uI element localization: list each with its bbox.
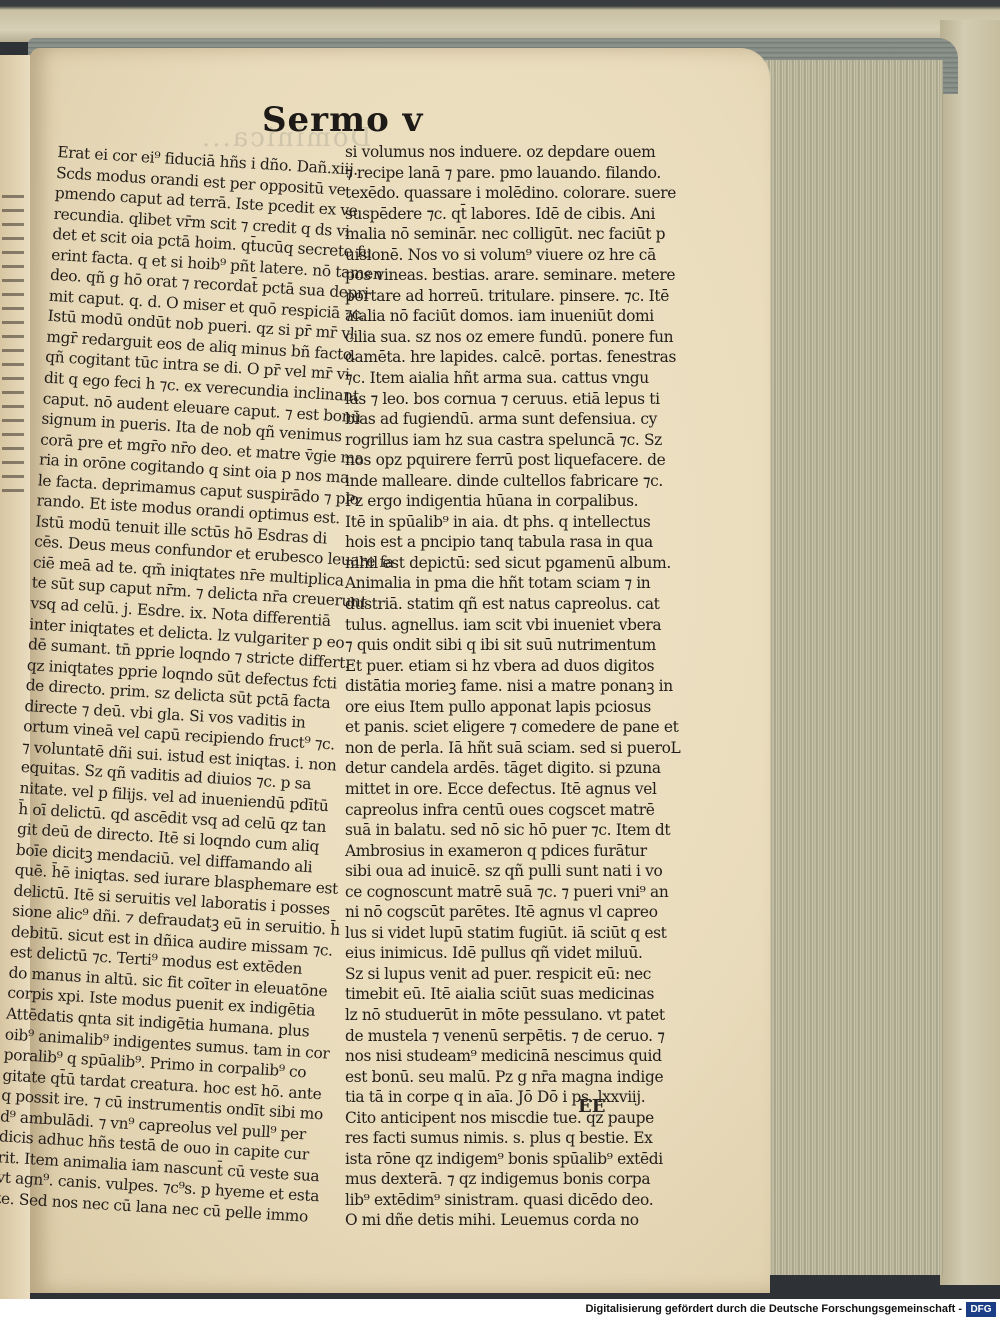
text-line: detur candela ardēs. tāget digito. si pz… (345, 758, 680, 779)
text-line: Et puer. etiam si hz vbera ad duos digit… (345, 656, 680, 677)
page-block-fore-edge (765, 60, 943, 1275)
text-line: texēdo. quassare i molēdino. colorare. s… (345, 183, 680, 204)
book-cover-top (0, 0, 1000, 42)
text-line: ni nō cogscūt parētes. Itē agnus vl capr… (345, 902, 680, 923)
text-line: eius inimicus. Idē pullus qñ videt miluū… (345, 943, 680, 964)
text-line: ore eius Item pullo apponat lapis pciosu… (345, 697, 680, 718)
text-line: dustriā. statim qñ est natus capreolus. … (345, 594, 680, 615)
text-line: non de perla. Iā hñt suā sciam. sed si p… (345, 738, 680, 759)
text-line: portare ad horreū. tritulare. pinsere. ⁊… (345, 286, 680, 307)
text-line: uisionē. Nos vo si volum⁹ viuere oz hre … (345, 245, 680, 266)
book-cover-right (940, 20, 1000, 1285)
text-line: lus si videt lupū statim fugiūt. iā sciū… (345, 923, 680, 944)
text-line: tulus. agnellus. iam scit vbi inueniet v… (345, 615, 680, 636)
text-line: pos vineas. bestias. arare. seminare. me… (345, 265, 680, 286)
text-line: cilia sua. sz nos oz emere fundū. ponere… (345, 327, 680, 348)
signature-mark: EE (578, 1096, 605, 1117)
text-line: suā in balatu. sed nō sic hō puer ⁊c. It… (345, 820, 680, 841)
text-line: lz nō studuerūt in mōte pessulano. vt pa… (345, 1005, 680, 1026)
text-line: Pz ergo indigentia hūana in corpalibus. (345, 491, 680, 512)
text-line: res facti sumus nimis. s. plus q bestie.… (345, 1128, 680, 1149)
running-head: Sermo v (262, 100, 423, 140)
text-column-right: si volumus nos induere. oz depdare ouem⁊… (345, 142, 680, 1231)
text-line: de mustela ⁊ venenū serpētis. ⁊ de ceruo… (345, 1026, 680, 1047)
footer-bar: Digitalisierung gefördert durch die Deut… (0, 1299, 1000, 1321)
text-line: mus dexterā. ⁊ qz indigemus bonis corpa (345, 1169, 680, 1190)
funding-credit: Digitalisierung gefördert durch die Deut… (585, 1303, 962, 1315)
text-line: bias ad fugiendū. arma sunt defensiua. c… (345, 409, 680, 430)
text-line: nos opz pquirere ferrū post liquefacere.… (345, 450, 680, 471)
dfg-logo-icon: DFG (966, 1302, 996, 1317)
text-line: ⁊ quis ondit sibi q ibi sit suū nutrimen… (345, 635, 680, 656)
text-line: nihil est depictū: sed sicut pgamenū alb… (345, 553, 680, 574)
text-line: damēta. hre lapides. calcē. portas. fene… (345, 347, 680, 368)
text-line: inde malleare. dinde cultellos fabricare… (345, 471, 680, 492)
text-line: O mi dñe detis mihi. Leuemus corda no (345, 1210, 680, 1231)
text-line: est bonū. seu malū. Pz g nr̄a magna indi… (345, 1067, 680, 1088)
text-line: timebit eū. Itē aialia sciūt suas medici… (345, 984, 680, 1005)
text-line: ⁊c. Item aialia hñt arma sua. cattus vng… (345, 368, 680, 389)
text-line: ⁊ recipe lanā ⁊ pare. pmo lauando. filan… (345, 163, 680, 184)
text-line: hois est a pncipio tanq tabula rasa in q… (345, 532, 680, 553)
text-line: mittet in ore. Ecce defectus. Itē agnus … (345, 779, 680, 800)
text-line: Ambrosius in exameron q pdices furātur (345, 841, 680, 862)
text-line: nos nisi studeam⁹ medicinā nescimus quid (345, 1046, 680, 1067)
text-line: aialia nō faciūt domos. iam inueniūt dom… (345, 306, 680, 327)
text-line: suspēdere ⁊c. qt̄ labores. Idē de cibis.… (345, 204, 680, 225)
text-line: Sz si lupus venit ad puer. respicit eū: … (345, 964, 680, 985)
text-line: tia tā in corpe q in aīa. Jō Dō i ps. lx… (345, 1087, 680, 1108)
book-page: Dominica... Sermo v Erat ei cor ei⁹ fidu… (30, 48, 770, 1293)
text-line: Animalia in pma die hñt totam sciam ⁊ in (345, 573, 680, 594)
text-line: ce cognoscunt matrē suā ⁊c. ⁊ pueri vni⁹… (345, 882, 680, 903)
facing-page-text-fragment (2, 195, 24, 495)
text-line: et panis. sciet eligere ⁊ comedere de pa… (345, 717, 680, 738)
text-line: si volumus nos induere. oz depdare ouem (345, 142, 680, 163)
text-line: sibi oua ad inuicē. sz qñ pulli sunt nat… (345, 861, 680, 882)
text-line: capreolus infra centū oues cogscet matrē (345, 800, 680, 821)
text-line: distātia morieꝫ fame. nisi a matre ponan… (345, 676, 680, 697)
text-line: rogrillus iam hz sua castra speluncā ⁊c.… (345, 430, 680, 451)
text-line: ista rōne qz indigem⁹ bonis spūalib⁹ ext… (345, 1149, 680, 1170)
text-line: malia nō seminār. nec colligūt. nec faci… (345, 224, 680, 245)
text-line: lib⁹ extēdim⁹ sinistram. quasi dicēdo de… (345, 1190, 680, 1211)
text-line: Itē in spūalib⁹ in aia. dt phs. q intell… (345, 512, 680, 533)
text-line: las ⁊ leo. bos cornua ⁊ ceruus. etiā lep… (345, 389, 680, 410)
text-line: Cito anticipent nos miscdie tue. qz paup… (345, 1108, 680, 1129)
